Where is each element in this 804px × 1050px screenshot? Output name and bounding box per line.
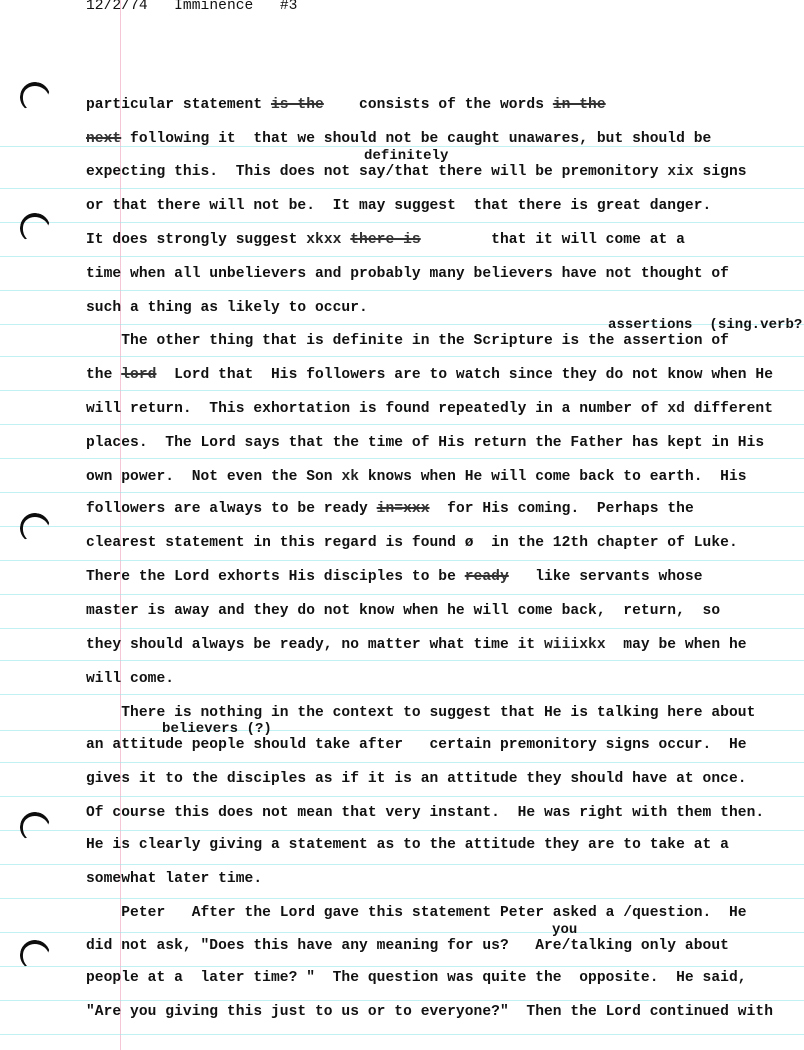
text-line: The other thing that is definite in the … [86,333,729,349]
text-line: There is nothing in the context to sugge… [86,705,755,721]
hole-punch [18,810,53,845]
rule-line [0,864,804,865]
rule-line [0,1000,804,1001]
xed-out-text: wiiixkx [544,637,606,653]
rule-line [0,560,804,561]
text-line: such a thing as likely to occur. [86,300,368,316]
text-line: places. The Lord says that the time of H… [86,435,764,451]
text-line: "Are you giving this just to us or to ev… [86,1004,773,1020]
rule-line [0,830,804,831]
struck-text: in the [553,97,606,113]
rule-line [0,222,804,223]
rule-line [0,290,804,291]
text-line: people at a later time? " The question w… [86,970,747,986]
rule-line [0,256,804,257]
xed-out-text: xk [341,469,359,485]
rule-line [0,1034,804,1035]
hole-punch [18,80,53,115]
rule-line [0,356,804,357]
text-line: Of course this does not mean that very i… [86,805,764,821]
hole-punch [18,511,53,546]
struck-text: next [86,131,121,147]
text-line: It does strongly suggest xkxx there is t… [86,232,685,248]
text-line: clearest statement in this regard is fou… [86,535,738,551]
rule-line [0,526,804,527]
text-line: gives it to the disciples as if it is an… [86,771,747,787]
rule-line [0,762,804,763]
rule-line [0,628,804,629]
rule-line [0,492,804,493]
rule-line [0,796,804,797]
text-line: will come. [86,671,174,687]
text-line: There the Lord exhorts His disciples to … [86,569,703,585]
text-line: expecting this. This does not say/that t… [86,164,747,180]
rule-line [0,458,804,459]
xed-out-text: xkxx [306,232,341,248]
text-line: own power. Not even the Son xk knows whe… [86,469,747,485]
rule-line [0,424,804,425]
margin-note: assertions (sing.verb? [608,317,802,333]
interlinear-insertion: believers (?) [162,721,272,737]
struck-text: there is [350,232,420,248]
margin-line [120,0,121,1050]
rule-line [0,390,804,391]
text-line: or that there will not be. It may sugges… [86,198,711,214]
text-line: time when all unbelievers and probably m… [86,266,729,282]
text-line: Peter After the Lord gave this statement… [86,905,747,921]
text-line: did not ask, "Does this have any meaning… [86,938,729,954]
struck-text: ready [465,569,509,585]
text-line: the lord Lord that His followers are to … [86,367,773,383]
rule-line [0,694,804,695]
text-line: they should always be ready, no matter w… [86,637,747,653]
header-date: 12/2/74 [86,0,148,14]
text-line: master is away and they do not know when… [86,603,720,619]
struck-text: in=xxx [377,501,430,517]
text-line: He is clearly giving a statement as to t… [86,837,729,853]
rule-line [0,898,804,899]
xed-out-text: xd [667,401,685,417]
interlinear-insertion: definitely [364,148,449,164]
rule-line [0,730,804,731]
rule-line [0,932,804,933]
header-title: Imminence [174,0,253,14]
text-line: somewhat later time. [86,871,262,887]
document-page: 12/2/74 Imminence #3 particular statemen… [0,0,804,1050]
xed-out-text: xix [667,164,693,180]
rule-line [0,966,804,967]
struck-text: is the [271,97,324,113]
hole-punch [18,938,53,973]
text-line: next following it that we should not be … [86,131,711,147]
struck-text: lord [121,367,156,383]
text-line: followers are always to be ready in=xxx … [86,501,694,517]
hole-punch [18,211,53,246]
rule-line [0,660,804,661]
text-line: particular statement is the consists of … [86,97,606,113]
rule-line [0,594,804,595]
rule-line [0,188,804,189]
text-line: will return. This exhortation is found r… [86,401,773,417]
document-header: 12/2/74 Imminence #3 [86,0,297,14]
text-line: an attitude people should take after cer… [86,737,747,753]
header-number: #3 [280,0,298,14]
interlinear-insertion: you [552,922,577,938]
